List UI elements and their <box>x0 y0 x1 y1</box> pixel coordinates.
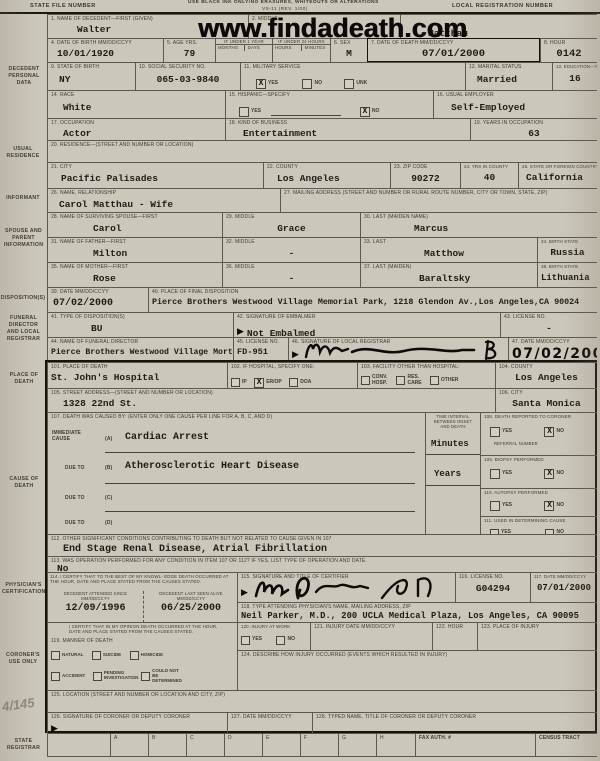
field-35-value: Rose <box>93 274 219 285</box>
cause-d-line: (D) <box>105 520 112 526</box>
field-22-value: Los Angeles <box>277 174 387 185</box>
field-22-cell: 22. COUNTY Los Angeles <box>263 162 390 188</box>
registrar-cell-b: B <box>148 733 186 757</box>
field-120-label: 120. INJURY AT WORK <box>241 624 307 629</box>
registrar-cell-b-label: B <box>152 735 183 741</box>
field-126-cell: 126. SIGNATURE OF CORONER OR DEPUTY CORO… <box>47 712 227 733</box>
field-128-label: 128. TYPED NAME, TITLE OF CORONER OR DEP… <box>316 714 594 720</box>
field-30-cell: 30. LAST (MAIDEN NAME) Marcus <box>360 212 597 237</box>
interval-rule-2 <box>426 485 480 486</box>
field-41-value: BU <box>91 324 230 335</box>
field-32-label: 32. MIDDLE <box>226 239 357 245</box>
doa-label: DOA <box>300 380 311 386</box>
field-104-cell: 104. COUNTY Los Angeles <box>495 362 597 388</box>
ink-instruction: USE BLACK INK ONLY/NO ERASURES, WHITEOUT… <box>188 0 379 5</box>
field-43-cell: 43. LICENSE NO. - <box>500 312 597 337</box>
field-17-value: Actor <box>63 129 222 140</box>
field-4-cell: 4. DATE OF BIRTH MM/DD/CCYY 10/01/1920 <box>47 38 163 62</box>
field-117-cell: 117. DATE MM/DD/CCYY 07/01/2000 <box>530 572 597 602</box>
field-45-value: FD-951 <box>237 348 285 358</box>
accident-checkbox <box>51 672 60 681</box>
field-114-cert-text: 114. I CERTIFY THAT TO THE BEST OF MY KN… <box>48 573 237 586</box>
field-13-value: 16 <box>556 74 594 85</box>
signature-arrow-icon: ▶ <box>237 326 244 336</box>
military-unk-label: UNK <box>356 81 367 87</box>
field-47-cell: 47. DATE MM/DD/CCYY 07/02/2000 <box>508 337 597 362</box>
hours-label: HOURS <box>273 45 302 50</box>
registrar-cell-g-label: G <box>342 735 373 741</box>
accident-label: ACCIDENT <box>62 674 85 679</box>
field-127-cell: 127. DATE MM/DD/CCYY <box>227 712 312 733</box>
field-4-value: 10/01/1920 <box>57 49 160 60</box>
section-coroner: CORONER'S USE ONLY <box>0 652 46 666</box>
field-111-cell: 111. USED IN DETERMINING CAUSE YES NO <box>480 516 597 534</box>
referral-number-label: REFERRAL NUMBER <box>494 441 594 446</box>
hispanic-yes-label: YES <box>251 109 261 115</box>
autopsy-yes-checkbox <box>490 501 500 511</box>
field-44-label: 44. NAME OF FUNERAL DIRECTOR <box>51 339 230 345</box>
section-place-of-death: PLACE OF DEATH <box>4 372 44 386</box>
field-117-value: 07/01/2000 <box>534 583 594 593</box>
field-124-label: 124. DESCRIBE HOW INJURY OCCURRED (EVENT… <box>241 652 594 658</box>
field-4-label: 4. DATE OF BIRTH MM/DD/CCYY <box>51 40 160 46</box>
registrar-cell-e: E <box>262 733 300 757</box>
interval-a-value: Minutes <box>431 439 469 449</box>
signature-arrow-icon: ▶ <box>241 587 248 598</box>
field-19-cell: 19. YEARS IN OCCUPATION 63 <box>470 118 597 140</box>
registrar-cell-d-label: D <box>228 735 259 741</box>
local-registration-number-label: LOCAL REGISTRATION NUMBER <box>452 3 553 9</box>
interval-rule-1 <box>426 454 480 455</box>
field-35-label: 35. NAME OF MOTHER—FIRST <box>51 264 219 270</box>
field-25-label: 25. STATE OR FOREIGN COUNTRY <box>522 164 594 169</box>
state-file-number-label: STATE FILE NUMBER <box>30 3 96 9</box>
field-23-value: 90272 <box>394 174 457 185</box>
field-124-cell: 124. DESCRIBE HOW INJURY OCCURRED (EVENT… <box>237 650 597 690</box>
field-110-label: 110. AUTOPSY PERFORMED <box>484 490 594 495</box>
field-13-cell: 13. EDUCATION—YEARS COMPLETED 16 <box>552 62 597 90</box>
field-26-value: Carol Matthau - Wife <box>59 200 277 211</box>
field-128-cell: 128. TYPED NAME, TITLE OF CORONER OR DEP… <box>312 712 597 733</box>
field-44-cell: 44. NAME OF FUNERAL DIRECTOR Pierce Brot… <box>47 337 233 362</box>
registrar-cell-c-label: C <box>190 735 221 741</box>
field-23-cell: 23. ZIP CODE 90272 <box>390 162 460 188</box>
field-31-value: Milton <box>93 249 219 260</box>
coroner-yes-checkbox <box>490 427 500 437</box>
field-14-cell: 14. RACE White <box>47 90 225 118</box>
field-38-value: Lithuania <box>541 273 594 283</box>
could-not-determine-checkbox <box>141 672 150 681</box>
field-19-value: 63 <box>474 129 594 140</box>
field-101-label: 101. PLACE OF DEATH <box>51 364 224 370</box>
section-state-registrar: STATE REGISTRAR <box>2 738 45 752</box>
section-disposition: DISPOSITION(S) <box>0 295 46 302</box>
field-8-value: 0142 <box>544 48 594 60</box>
field-15-cell: 15. HISPANIC—SPECIFY YES XNO <box>225 90 433 118</box>
bottom-rule <box>47 756 597 757</box>
field-38-label: 38. BIRTH STATE <box>541 264 594 269</box>
field-39-cell: 39. DATE MM/DD/CCYY 07/02/2000 <box>47 287 148 312</box>
field-42-label: 42. SIGNATURE OF EMBALMER <box>237 314 497 320</box>
field-116-value: G04294 <box>459 584 527 595</box>
cause-a-line: (A) <box>105 436 112 442</box>
field-26-cell: 26. NAME, RELATIONSHIP Carol Matthau - W… <box>47 188 280 212</box>
field-16-label: 16. USUAL EMPLOYER <box>437 92 594 98</box>
registrar-cell-d: D <box>224 733 262 757</box>
field-127-label: 127. DATE MM/DD/CCYY <box>231 714 309 720</box>
autopsy-no-label: NO <box>556 503 564 509</box>
field-24-cell: 24. YRS IN COUNTY 40 <box>460 162 518 188</box>
signature-arrow-icon: ▶ <box>51 723 58 733</box>
registrar-cell-f: F <box>300 733 338 757</box>
field-16-value: Self-Employed <box>451 103 594 114</box>
coroner-cert-text: I CERTIFY THAT IN MY OPINION DEATH OCCUR… <box>69 624 219 635</box>
field-109-label: 109. BIOPSY PERFORMED <box>484 457 594 462</box>
pending-label: PENDING INVESTIGATION <box>104 671 134 681</box>
field-45-cell: 45. LICENSE NO. FD-951 <box>233 337 288 362</box>
section-physician: PHYSICIAN'S CERTIFICATION <box>2 582 45 596</box>
field-6-value: M <box>334 49 364 60</box>
field-43-label: 43. LICENSE NO. <box>504 314 594 320</box>
field-103-cell: 103. FACILITY OTHER THAN HOSPITAL: CONV.… <box>357 362 495 388</box>
field-41-label: 41. TYPE OF DISPOSITION(S) <box>51 314 230 320</box>
field-16-cell: 16. USUAL EMPLOYER Self-Employed <box>433 90 597 118</box>
field-9-label: 9. STATE OF BIRTH <box>51 64 132 70</box>
field-33-cell: 33. LAST Matthow <box>360 237 537 262</box>
field-33-value: Matthow <box>424 249 534 260</box>
field-119-label: 119. MANNER OF DEATH <box>51 638 234 644</box>
margin-handwriting: 4/145 <box>1 695 35 714</box>
field-40-label: 40. PLACE OF FINAL DISPOSITION <box>152 289 594 295</box>
field-39-label: 39. DATE MM/DD/CCYY <box>51 289 145 295</box>
suicide-checkbox <box>92 651 101 660</box>
registrar-cell-f-label: F <box>304 735 335 741</box>
field-44-value: Pierce Brothers Westwood Village Mort. <box>51 348 230 357</box>
months-label: MONTHS <box>216 45 245 50</box>
field-32-cell: 32. MIDDLE - <box>222 237 360 262</box>
field-6-label: 6. SEX <box>334 40 364 46</box>
suicide-label: SUICIDE <box>103 653 121 658</box>
field-31-label: 31. NAME OF FATHER—FIRST <box>51 239 219 245</box>
section-informant: INFORMANT <box>0 195 46 202</box>
biopsy-yes-checkbox <box>490 469 500 479</box>
autopsy-yes-label: YES <box>502 503 512 509</box>
field-28-label: 28. NAME OF SURVIVING SPOUSE—FIRST <box>51 214 219 220</box>
field-111-label: 111. USED IN DETERMINING CAUSE <box>484 518 594 523</box>
res-care-label: RES. CARE <box>407 375 423 386</box>
military-yes-label: YES <box>268 81 278 87</box>
cause-b-value: Atherosclerotic Heart Disease <box>125 461 299 473</box>
field-123-cell: 123. PLACE OF INJURY <box>477 622 597 650</box>
natural-label: NATURAL <box>62 653 83 658</box>
field-10-label: 10. SOCIAL SECURITY NO. <box>139 64 237 70</box>
under-1-year-cell: IF UNDER 1 YEAR MONTHS DAYS <box>215 38 272 62</box>
field-5-label: 5. AGE YRS. <box>167 40 212 46</box>
field-18-value: Entertainment <box>243 129 467 140</box>
field-20-label: 20. RESIDENCE—(STREET AND NUMBER OR LOCA… <box>51 142 594 148</box>
field-118-cell: 118. TYPE ATTENDING PHYSICIAN'S NAME, MA… <box>237 602 597 622</box>
last-seen-block: DECEDENT LAST SEEN ALIVE MM/DD/CCYY 06/2… <box>143 591 237 622</box>
field-37-label: 37. LAST (MAIDEN) <box>364 264 534 270</box>
field-125-label: 125. LOCATION (STREET AND NUMBER OR LOCA… <box>51 692 594 698</box>
field-40-cell: 40. PLACE OF FINAL DISPOSITION Pierce Br… <box>148 287 597 312</box>
field-29-value: Grace <box>226 224 357 235</box>
field-112-cell: 112. OTHER SIGNIFICANT CONDITIONS CONTRI… <box>47 534 597 556</box>
field-106-cell: 106. CITY Santa Monica <box>495 388 597 412</box>
cause-b-prefix: DUE TO <box>65 465 85 471</box>
field-9-cell: 9. STATE OF BIRTH NY <box>47 62 135 90</box>
field-26-label: 26. NAME, RELATIONSHIP <box>51 190 277 196</box>
cause-row-d: DUE TO (D) <box>47 512 425 534</box>
field-31-cell: 31. NAME OF FATHER—FIRST Milton <box>47 237 222 262</box>
interval-b-value: Years <box>434 469 461 479</box>
certifier-signature <box>248 570 448 602</box>
field-104-value: Los Angeles <box>499 373 594 384</box>
natural-checkbox <box>51 651 60 660</box>
field-30-value: Marcus <box>414 224 594 235</box>
field-45-label: 45. LICENSE NO. <box>237 339 285 345</box>
census-tract-label: CENSUS TRACT <box>539 735 594 741</box>
field-34-value: Russia <box>541 248 594 259</box>
attended-format: MM/DD/CCYY <box>48 596 143 601</box>
erop-label: ER/OP <box>266 380 282 386</box>
cause-a-value: Cardiac Arrest <box>125 432 209 444</box>
field-112-value: End Stage Renal Disease, Atrial Fibrilla… <box>63 544 594 556</box>
field-122-label: 122. HOUR <box>436 624 474 630</box>
field-9-value: NY <box>59 75 132 86</box>
could-not-determine-label: COULD NOT BE DETERMINED <box>152 669 182 684</box>
field-38-cell: 38. BIRTH STATE Lithuania <box>537 262 597 287</box>
coroner-no-checkbox: X <box>544 427 554 437</box>
field-14-value: White <box>63 103 222 114</box>
pending-checkbox <box>93 672 102 681</box>
field-24-value: 40 <box>464 173 515 184</box>
field-5-value: 79 <box>167 49 212 60</box>
field-17-cell: 17. OCCUPATION Actor <box>47 118 225 140</box>
field-110-cell: 110. AUTOPSY PERFORMED YES XNO <box>480 488 597 516</box>
field-15-label: 15. HISPANIC—SPECIFY <box>229 92 430 98</box>
field-47-value: 07/02/2000 <box>512 346 597 362</box>
last-seen-value: 06/25/2000 <box>144 603 237 615</box>
field-116-cell: 116. LICENSE NO. G04294 <box>455 572 530 602</box>
field-114-cell: 114. I CERTIFY THAT TO THE BEST OF MY KN… <box>47 572 237 622</box>
field-8-cell: 8. HOUR 0142 <box>540 38 597 62</box>
biopsy-yes-label: YES <box>502 471 512 477</box>
field-24-label: 24. YRS IN COUNTY <box>464 164 515 169</box>
military-unk-checkbox <box>344 79 354 89</box>
field-107-label: 107. DEATH WAS CAUSED BY: (ENTER ONLY ON… <box>48 413 425 421</box>
registrar-signature <box>300 337 505 363</box>
cause-c-prefix: DUE TO <box>65 495 85 501</box>
coroner-cert-cell: I CERTIFY THAT IN MY OPINION DEATH OCCUR… <box>47 622 237 690</box>
field-34-cell: 34. BIRTH STATE Russia <box>537 237 597 262</box>
field-12-value: Married <box>477 75 549 86</box>
coroner-no-label: NO <box>556 429 564 435</box>
field-47-label: 47. DATE MM/DD/CCYY <box>512 339 594 345</box>
field-21-label: 21. CITY <box>51 164 260 170</box>
census-tract-cell: CENSUS TRACT <box>535 733 597 757</box>
biopsy-no-label: NO <box>556 471 564 477</box>
death-certificate-scan: STATE FILE NUMBER USE BLACK INK ONLY/NO … <box>0 0 600 761</box>
field-12-cell: 12. MARITAL STATUS Married <box>465 62 552 90</box>
field-7-cell: 7. DATE OF DEATH MM/DD/CCYY 07/01/2000 <box>367 38 540 62</box>
cause-c-line: (C) <box>105 495 112 501</box>
section-spouse: SPOUSE AND PARENT INFORMATION <box>2 228 45 249</box>
field-21-cell: 21. CITY Pacific Palisades <box>47 162 263 188</box>
attended-since-block: DECEDENT ATTENDED SINCE MM/DD/CCYY 12/09… <box>48 591 143 615</box>
field-42-cell: 42. SIGNATURE OF EMBALMER ▶Not Embalmed <box>233 312 500 337</box>
field-36-label: 36. MIDDLE <box>226 264 357 270</box>
autopsy-no-checkbox: X <box>544 501 554 511</box>
field-22-label: 22. COUNTY <box>267 164 387 170</box>
cause-row-a: IMMEDIATE CAUSE (A) Cardiac Arrest <box>47 424 425 453</box>
field-34-label: 34. BIRTH STATE <box>541 239 594 244</box>
field-116-label: 116. LICENSE NO. <box>459 574 527 580</box>
registrar-cell-g: G <box>338 733 376 757</box>
field-118-value: Neil Parker, M.D., 200 UCLA Medical Plaz… <box>241 611 594 621</box>
time-interval-label: TIME INTERVAL BETWEEN ONSET AND DEATH <box>429 414 477 429</box>
coroner-yes-label: YES <box>502 429 512 435</box>
field-23-label: 23. ZIP CODE <box>394 164 457 170</box>
field-121-cell: 121. INJURY DATE MM/DD/CCYY <box>310 622 432 650</box>
registrar-cell-h: H <box>376 733 415 757</box>
field-102-cell: 102. IF HOSPITAL, SPECIFY ONE: IP XER/OP… <box>227 362 357 388</box>
section-funeral: FUNERAL DIRECTOR AND LOCAL REGISTRAR <box>2 315 45 343</box>
field-29-label: 29. MIDDLE <box>226 214 357 220</box>
field-18-cell: 18. KIND OF BUSINESS Entertainment <box>225 118 470 140</box>
field-103-label: 103. FACILITY OTHER THAN HOSPITAL: <box>361 364 492 370</box>
field-19-label: 19. YEARS IN OCCUPATION <box>474 120 594 126</box>
other-facility-checkbox <box>430 376 439 385</box>
field-43-value: - <box>504 324 594 335</box>
field-20-cell: 20. RESIDENCE—(STREET AND NUMBER OR LOCA… <box>47 140 597 162</box>
field-7-value: 07/01/2000 <box>371 48 536 60</box>
days-label: DAYS <box>245 45 270 50</box>
field-121-label: 121. INJURY DATE MM/DD/CCYY <box>314 624 429 630</box>
field-6-cell: 6. SEX M <box>330 38 367 62</box>
field-117-label: 117. DATE MM/DD/CCYY <box>534 574 594 579</box>
form-revision: VS-11 (REV. 1/00) <box>262 6 308 11</box>
field-40-value: Pierce Brothers Westwood Village Memoria… <box>152 298 594 308</box>
field-25-cell: 25. STATE OR FOREIGN COUNTRY California <box>518 162 597 188</box>
hispanic-specify-line <box>271 108 341 116</box>
fax-auth-label: FAX AUTH. # <box>419 735 532 741</box>
field-14-label: 14. RACE <box>51 92 222 98</box>
field-118-label: 118. TYPE ATTENDING PHYSICIAN'S NAME, MA… <box>241 604 594 610</box>
fax-auth-cell: FAX AUTH. # <box>415 733 535 757</box>
hispanic-no-label: NO <box>372 109 380 115</box>
signature-arrow-icon: ▶ <box>292 349 299 360</box>
erop-checkbox: X <box>254 378 264 388</box>
field-104-label: 104. COUNTY <box>499 364 594 370</box>
doa-checkbox <box>289 378 298 387</box>
field-125-cell: 125. LOCATION (STREET AND NUMBER OR LOCA… <box>47 690 597 712</box>
injury-work-yes-label: YES <box>252 637 262 643</box>
injury-work-no-checkbox <box>276 636 285 645</box>
registrar-cell-e-label: E <box>266 735 297 741</box>
res-care-checkbox <box>396 376 405 385</box>
field-25-value: California <box>526 173 594 184</box>
field-105-cell: 105. STREET ADDRESS—(STREET AND NUMBER O… <box>47 388 495 412</box>
field-106-value: Santa Monica <box>499 399 594 410</box>
cause-b-line: (B) <box>105 465 112 471</box>
field-8-label: 8. HOUR <box>544 40 594 46</box>
injury-work-no-label: NO <box>287 637 295 643</box>
field-35-cell: 35. NAME OF MOTHER—FIRST Rose <box>47 262 222 287</box>
field-11-cell: 11. MILITARY SERVICE XYES NO UNK <box>240 62 465 90</box>
field-126-label: 126. SIGNATURE OF CORONER OR DEPUTY CORO… <box>51 714 224 720</box>
field-11-label: 11. MILITARY SERVICE <box>244 64 462 70</box>
ip-label: IP <box>242 380 247 386</box>
cause-a-prefix: IMMEDIATE CAUSE <box>52 430 92 442</box>
homicide-checkbox <box>130 651 139 660</box>
field-10-cell: 10. SOCIAL SECURITY NO. 065-03-9840 <box>135 62 240 90</box>
section-decedent: DECEDENT PERSONAL DATA <box>2 66 46 87</box>
time-interval-cell: TIME INTERVAL BETWEEN ONSET AND DEATH Mi… <box>425 412 480 534</box>
field-122-cell: 122. HOUR <box>432 622 477 650</box>
ip-checkbox <box>231 378 240 387</box>
field-112-label: 112. OTHER SIGNIFICANT CONDITIONS CONTRI… <box>51 536 594 542</box>
field-33-label: 33. LAST <box>364 239 534 245</box>
registrar-cell-h-label: H <box>380 735 412 741</box>
registrar-cell-a-label: A <box>114 735 145 741</box>
under-24-hours-cell: IF UNDER 24 HOURS HOURS MINUTES <box>272 38 330 62</box>
field-10-value: 065-03-9840 <box>139 75 237 86</box>
attended-value: 12/09/1996 <box>48 603 143 615</box>
injury-work-yes-checkbox <box>241 636 250 645</box>
field-27-label: 27. MAILING ADDRESS (STREET AND NUMBER O… <box>284 190 594 196</box>
field-28-value: Carol <box>93 224 219 235</box>
field-102-label: 102. IF HOSPITAL, SPECIFY ONE: <box>231 364 354 370</box>
field-12-label: 12. MARITAL STATUS <box>469 64 549 70</box>
last-seen-format: MM/DD/CCYY <box>144 596 237 601</box>
field-120-cell: 120. INJURY AT WORK YES NO <box>237 622 310 650</box>
conv-hosp-checkbox <box>361 376 370 385</box>
cause-row-c: DUE TO (C) <box>47 484 425 512</box>
field-101-value: St. John's Hospital <box>51 373 224 384</box>
registrar-blank-cell <box>47 733 110 757</box>
military-no-checkbox <box>302 79 312 89</box>
field-7-label: 7. DATE OF DEATH MM/DD/CCYY <box>371 40 536 46</box>
field-36-value: - <box>226 274 357 285</box>
hispanic-no-checkbox: X <box>360 107 370 117</box>
field-27-cell: 27. MAILING ADDRESS (STREET AND NUMBER O… <box>280 188 597 212</box>
field-36-cell: 36. MIDDLE - <box>222 262 360 287</box>
other-facility-label: OTHER <box>441 378 459 384</box>
field-37-cell: 37. LAST (MAIDEN) Baraltsky <box>360 262 537 287</box>
section-residence: USUAL RESIDENCE <box>0 146 46 160</box>
field-13-label: 13. EDUCATION—YEARS COMPLETED <box>556 64 594 69</box>
conv-hosp-label: CONV. HOSP. <box>372 375 390 386</box>
cause-d-prefix: DUE TO <box>65 520 85 526</box>
field-108-cell: 108. DEATH REPORTED TO CORONER YES XNO R… <box>480 412 597 455</box>
field-17-label: 17. OCCUPATION <box>51 120 222 126</box>
homicide-label: HOMICIDE <box>141 653 164 658</box>
field-108-label: 108. DEATH REPORTED TO CORONER <box>484 414 594 419</box>
field-21-value: Pacific Palisades <box>61 174 260 185</box>
field-105-value: 1328 22nd St. <box>63 399 492 410</box>
military-yes-checkbox: X <box>256 79 266 89</box>
biopsy-no-checkbox: X <box>544 469 554 479</box>
field-106-label: 106. CITY <box>499 390 594 396</box>
field-32-value: - <box>226 249 357 260</box>
field-101-cell: 101. PLACE OF DEATH St. John's Hospital <box>47 362 227 388</box>
field-37-value: Baraltsky <box>419 274 534 285</box>
field-28-cell: 28. NAME OF SURVIVING SPOUSE—FIRST Carol <box>47 212 222 237</box>
field-18-label: 18. KIND OF BUSINESS <box>229 120 467 126</box>
registrar-cell-a: A <box>110 733 148 757</box>
section-cause-of-death: CAUSE OF DEATH <box>4 476 44 490</box>
